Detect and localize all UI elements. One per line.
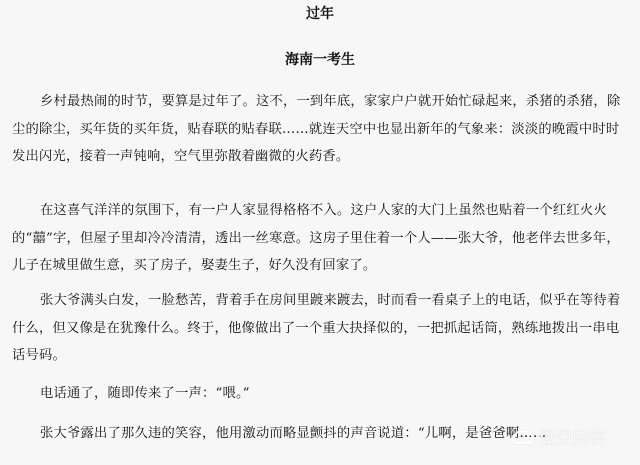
paragraph-4: 电话通了，随即传来了一声：“喂。”	[12, 380, 628, 408]
watermark: 悟空问答	[512, 424, 606, 449]
document-author: 海南一考生	[0, 51, 640, 69]
watermark-text: 悟空问答	[538, 424, 606, 449]
document-title: 过年	[0, 5, 640, 23]
paragraph-3: 张大爷满头白发，一脸愁苦，背着手在房间里踱来踱去，时而看一看桌子上的电话，似乎在…	[12, 287, 628, 370]
paragraph-2: 在这喜气洋洋的氛围下，有一户人家显得格格不入。这户人家的大门上虽然也贴着一个红红…	[12, 197, 628, 280]
paragraph-1: 乡村最热闹的时节，要算是过年了。这不，一到年底，家家户户就开始忙碌起来，杀猪的杀…	[12, 88, 628, 171]
wukong-logo-icon	[512, 430, 534, 444]
